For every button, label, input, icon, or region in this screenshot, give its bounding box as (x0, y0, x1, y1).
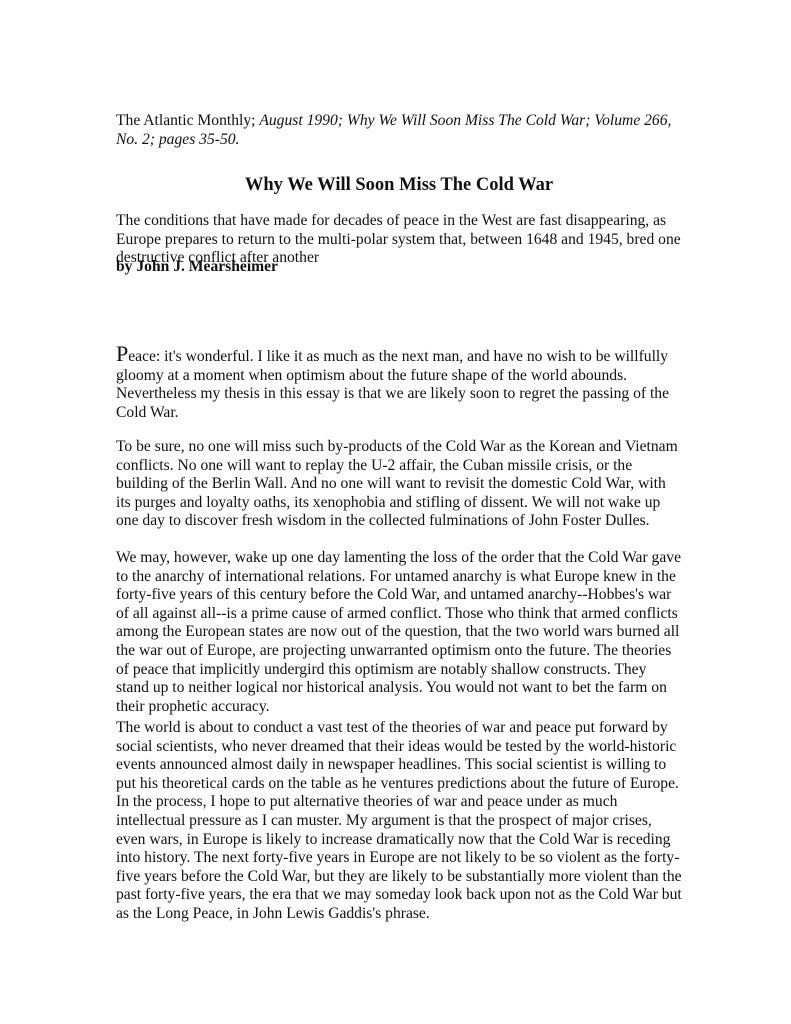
paragraph-3: We may, however, wake up one day lamenti… (116, 549, 682, 716)
citation: The Atlantic Monthly; August 1990; Why W… (116, 111, 682, 149)
article-title: Why We Will Soon Miss The Cold War (116, 174, 682, 196)
paragraph-4: The world is about to conduct a vast tes… (116, 719, 682, 924)
author-byline: by John J. Mearsheimer (116, 258, 278, 277)
paragraph-1: Peace: it's wonderful. I like it as much… (116, 345, 682, 422)
paragraph-2: To be sure, no one will miss such by-pro… (116, 438, 682, 531)
citation-publication: The Atlantic Monthly; (116, 112, 259, 129)
paragraph-1-text: eace: it's wonderful. I like it as much … (116, 348, 669, 421)
drop-cap: P (116, 341, 128, 366)
